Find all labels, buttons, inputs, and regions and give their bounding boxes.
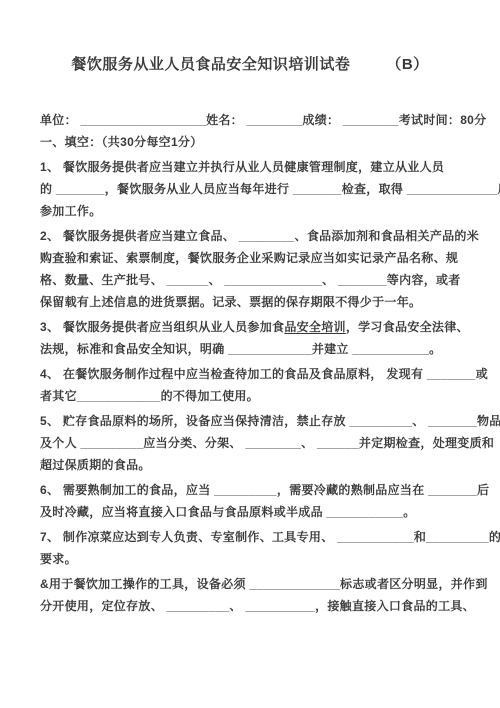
text-segment: 4、 在餐饮服务制作过程中应当检查待加工的食品及食品原料， 发现有 ______… bbox=[40, 367, 488, 381]
text-segment: 要求。 bbox=[40, 552, 77, 566]
text-segment: 5、 贮存食品原料的场所，设备应当保持清洁，禁止存放 _________、 __… bbox=[40, 414, 500, 428]
text-segment: 6、 需要熟制加工的食品，应当 _________，需要冷藏的熟制品应当在 __… bbox=[40, 483, 489, 497]
question-7-line-1: 7、 制作凉菜应达到专人负责、专室制作、工具专用、 ___________和__… bbox=[40, 526, 470, 548]
text-segment: 者其它____________的不得加工使用。 bbox=[40, 389, 259, 403]
text-segment: 及时冷藏，应当将直接入口食品与食品原料或半成品 ___________。 bbox=[40, 505, 416, 519]
question-4-line-2: 者其它____________的不得加工使用。 bbox=[40, 385, 470, 407]
text-segment: 购查验和索证、索票制度，餐饮服务企业采购记录应当如实记录产品名称、规 bbox=[40, 251, 458, 265]
text-segment: 超过保质期的食品。 bbox=[40, 458, 151, 472]
text-segment: 的 _______，餐饮服务从业人员应当每年进行 _______检查，取得 __… bbox=[40, 182, 500, 196]
question-2-line-3: 格、数量、生产批号、 ______、 ______________、 _____… bbox=[40, 269, 470, 291]
page-title: 餐饮服务从业人员食品安全知识培训试卷（B） bbox=[0, 0, 500, 73]
question-7-line-2: 要求。 bbox=[40, 548, 470, 570]
text-segment: 3、 餐饮服务提供者应当组织从业人员参加食 bbox=[40, 320, 284, 334]
question-3-line-2: 法规，标准和食品安全知识，明确 ____________并建立 ________… bbox=[40, 338, 470, 360]
text-segment: 及个人 _________应当分类、分架、 ________、 ______并定… bbox=[40, 436, 494, 450]
question-2-line-4: 保留载有上述信息的进货票据。记录、票据的保存期限不得少于一年。 bbox=[40, 291, 470, 313]
text-segment: 2、 餐饮服务提供者应当建立食品、 ________、食品添加剂和食品相关产品的… bbox=[40, 229, 479, 243]
document-page: 餐饮服务从业人员食品安全知识培训试卷（B） 单位： ______________… bbox=[0, 0, 500, 708]
text-segment: 1、 餐饮服务提供者应当建立并执行从业人员健康管理制度，建立从业人员 bbox=[40, 160, 444, 174]
question-8-line-2: 分开使用，定位存放、 _________、 __________，接触直接入口食… bbox=[40, 595, 470, 617]
text-segment: ，学习食品安全法律、 bbox=[346, 320, 469, 334]
question-5-line-2: 及个人 _________应当分类、分架、 ________、 ______并定… bbox=[40, 432, 470, 454]
section-heading: 一、填空：（共30分每空1分） bbox=[40, 131, 470, 153]
question-6-line-2: 及时冷藏，应当将直接入口食品与食品原料或半成品 ___________。 bbox=[40, 501, 470, 523]
question-5-line-3: 超过保质期的食品。 bbox=[40, 454, 470, 476]
text-segment: 保留载有上述信息的进货票据。记录、票据的保存期限不得少于一年。 bbox=[40, 295, 421, 309]
paper-version-label: （B） bbox=[386, 56, 428, 73]
question-3-line-1: 3、 餐饮服务提供者应当组织从业人员参加食品安全培训，学习食品安全法律、 bbox=[40, 316, 470, 338]
exam-info-line: 单位： __________________姓名： ________成绩： __… bbox=[40, 109, 470, 131]
page-title-text: 餐饮服务从业人员食品安全知识培训试卷 bbox=[71, 56, 350, 73]
text-segment: &用于餐饮加工操作的工具，设备必须 _____________标志或者区分明显，… bbox=[40, 577, 488, 591]
question-1-line-3: 参加工作。 bbox=[40, 200, 470, 222]
question-8-line-1: &用于餐饮加工操作的工具，设备必须 _____________标志或者区分明显，… bbox=[40, 573, 470, 595]
question-1-line-2: 的 _______，餐饮服务从业人员应当每年进行 _______检查，取得 __… bbox=[40, 178, 470, 200]
question-5-line-1: 5、 贮存食品原料的场所，设备应当保持清洁，禁止存放 _________、 __… bbox=[40, 410, 470, 432]
question-6-line-1: 6、 需要熟制加工的食品，应当 _________，需要冷藏的熟制品应当在 __… bbox=[40, 479, 470, 501]
question-2-line-2: 购查验和索证、索票制度，餐饮服务企业采购记录应当如实记录产品名称、规 bbox=[40, 247, 470, 269]
text-segment: 法规，标准和食品安全知识，明确 ____________并建立 ________… bbox=[40, 342, 441, 356]
text-segment: 7、 制作凉菜应达到专人负责、专室制作、工具专用、 ___________和__… bbox=[40, 530, 500, 544]
question-1-line-1: 1、 餐饮服务提供者应当建立并执行从业人员健康管理制度，建立从业人员 bbox=[40, 156, 470, 178]
text-segment: 分开使用，定位存放、 _________、 __________，接触直接入口食… bbox=[40, 599, 475, 613]
text-segment: 单位： __________________姓名： ________成绩： __… bbox=[40, 113, 486, 127]
text-segment: 一、填空：（共30分每空1分） bbox=[40, 135, 203, 149]
document-body: 单位： __________________姓名： ________成绩： __… bbox=[0, 73, 500, 617]
question-4-line-1: 4、 在餐饮服务制作过程中应当检查待加工的食品及食品原料， 发现有 ______… bbox=[40, 363, 470, 385]
question-2-line-1: 2、 餐饮服务提供者应当建立食品、 ________、食品添加剂和食品相关产品的… bbox=[40, 225, 470, 247]
text-segment: 格、数量、生产批号、 ______、 ______________、 _____… bbox=[40, 273, 461, 287]
underlined-text: 品安全培训 bbox=[284, 320, 346, 334]
text-segment: 参加工作。 bbox=[40, 204, 102, 218]
